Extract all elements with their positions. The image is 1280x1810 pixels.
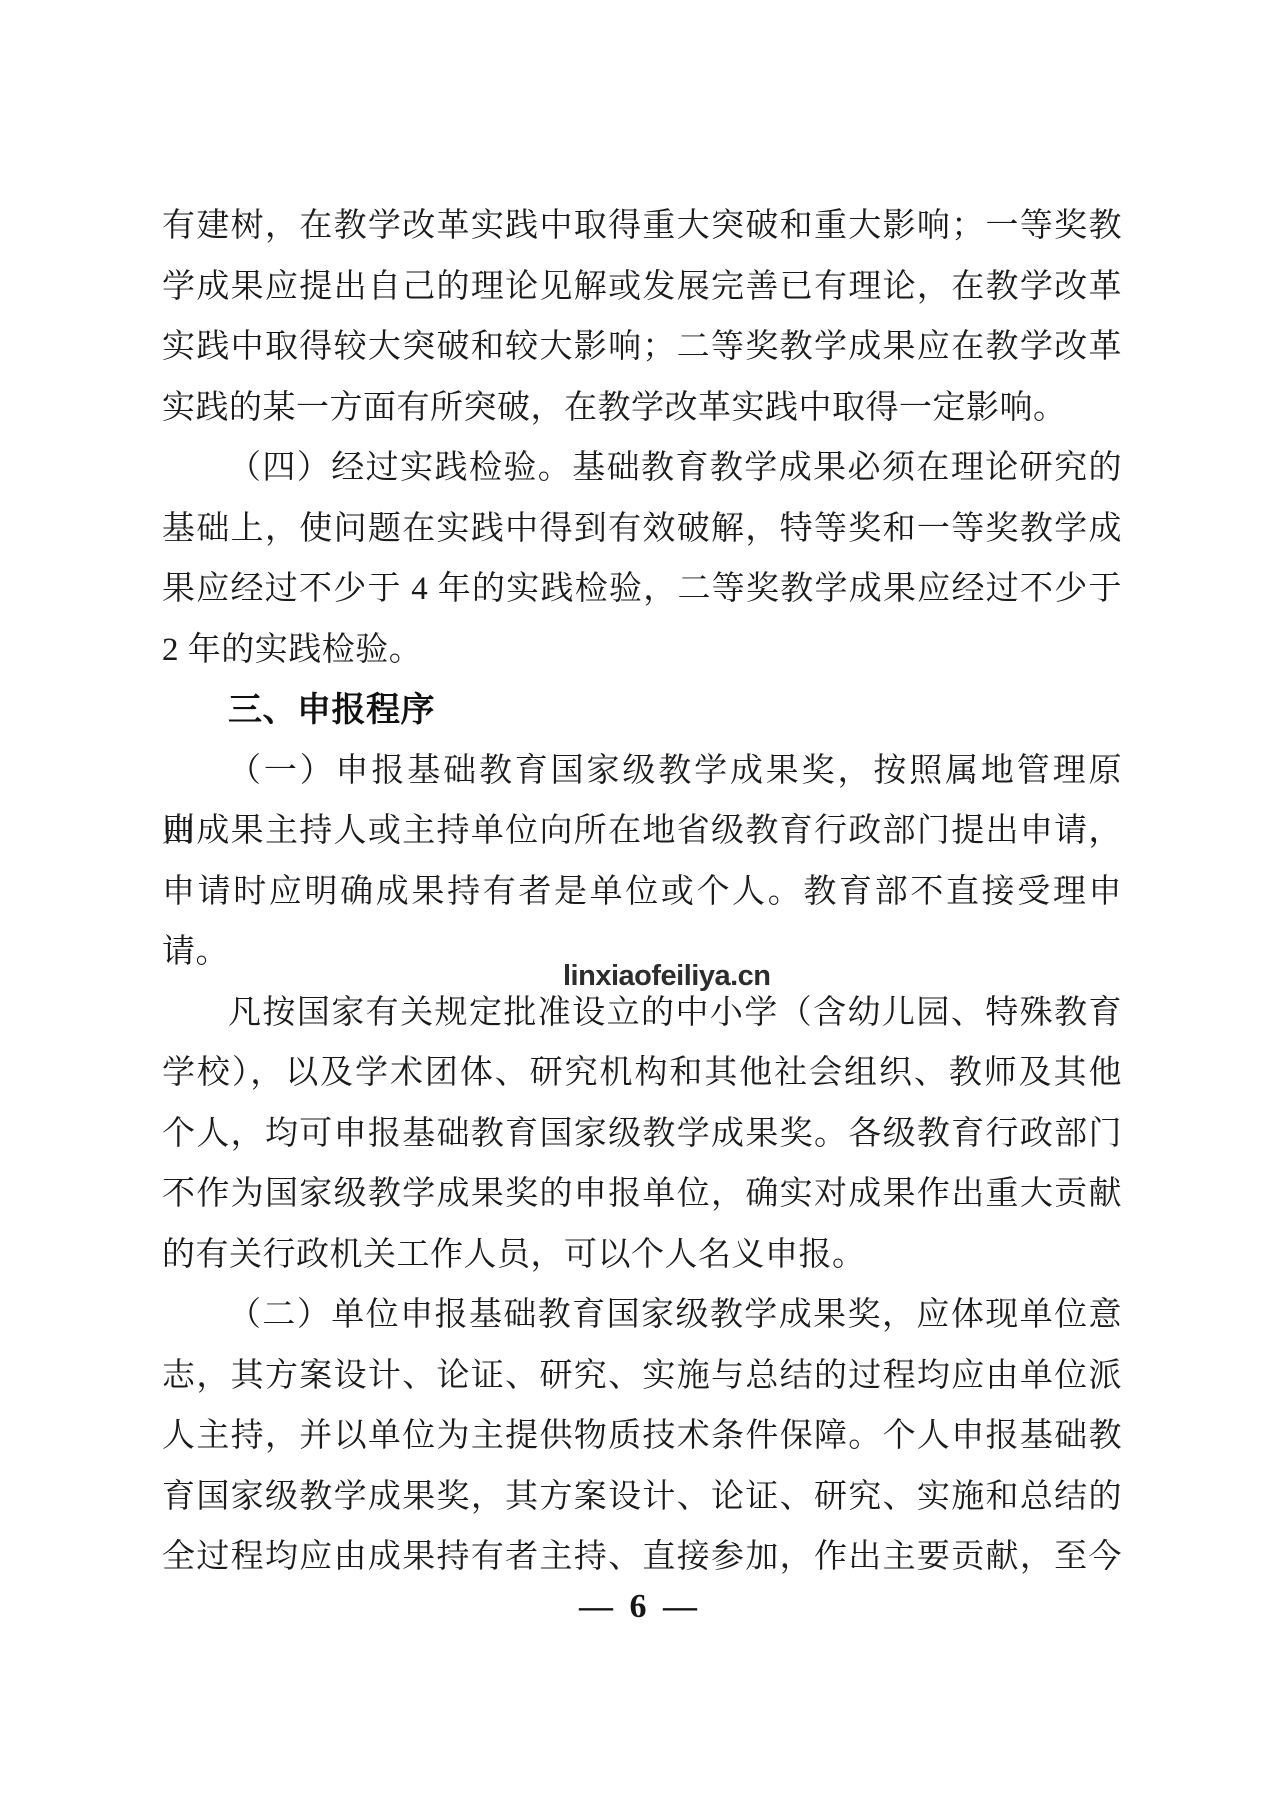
text-line: 学成果应提出自己的理论见解或发展完善已有理论，在教学改革 [162,257,1122,318]
document-page: 有建树，在教学改革实践中取得重大突破和重大影响；一等奖教 学成果应提出自己的理论… [0,0,1280,1810]
text-line: 志，其方案设计、论证、研究、实施与总结的过程均应由单位派 [162,1346,1122,1407]
text-line: 个人，均可申报基础教育国家级教学成果奖。各级教育行政部门 [162,1104,1122,1165]
text-line: 全过程均应由成果持有者主持、直接参加，作出主要贡献，至今 [162,1527,1122,1588]
text-line: （一）申报基础教育国家级教学成果奖，按照属地管理原则， [162,741,1122,802]
text-line: 由成果主持人或主持单位向所在地省级教育行政部门提出申请， [162,801,1122,862]
text-line: 人主持，并以单位为主提供物质技术条件保障。个人申报基础教 [162,1406,1122,1467]
text-line: 学校），以及学术团体、研究机构和其他社会组织、教师及其他 [162,1043,1122,1104]
body-text: 有建树，在教学改革实践中取得重大突破和重大影响；一等奖教 学成果应提出自己的理论… [162,196,1122,1588]
section-heading: 三、申报程序 [162,680,1122,741]
text-line: 2 年的实践检验。 [162,620,1122,681]
text-line: 申请时应明确成果持有者是单位或个人。教育部不直接受理申 [162,862,1122,923]
text-line: 不作为国家级教学成果奖的申报单位，确实对成果作出重大贡献 [162,1164,1122,1225]
text-line: 实践中取得较大突破和较大影响；二等奖教学成果应在教学改革 [162,317,1122,378]
text-line: （二）单位申报基础教育国家级教学成果奖，应体现单位意 [162,1285,1122,1346]
text-line: 有建树，在教学改革实践中取得重大突破和重大影响；一等奖教 [162,196,1122,257]
text-line: 基础上，使问题在实践中得到有效破解，特等奖和一等奖教学成 [162,499,1122,560]
text-line: 的有关行政机关工作人员，可以个人名义申报。 [162,1225,1122,1286]
watermark: linxiaofeiliya.cn [563,960,770,993]
page-number: — 6 — [0,1588,1280,1626]
text-line: （四）经过实践检验。基础教育教学成果必须在理论研究的 [162,438,1122,499]
text-line: 实践的某一方面有所突破，在教学改革实践中取得一定影响。 [162,378,1122,439]
text-line: 果应经过不少于 4 年的实践检验，二等奖教学成果应经过不少于 [162,559,1122,620]
text-line: 育国家级教学成果奖，其方案设计、论证、研究、实施和总结的 [162,1467,1122,1528]
